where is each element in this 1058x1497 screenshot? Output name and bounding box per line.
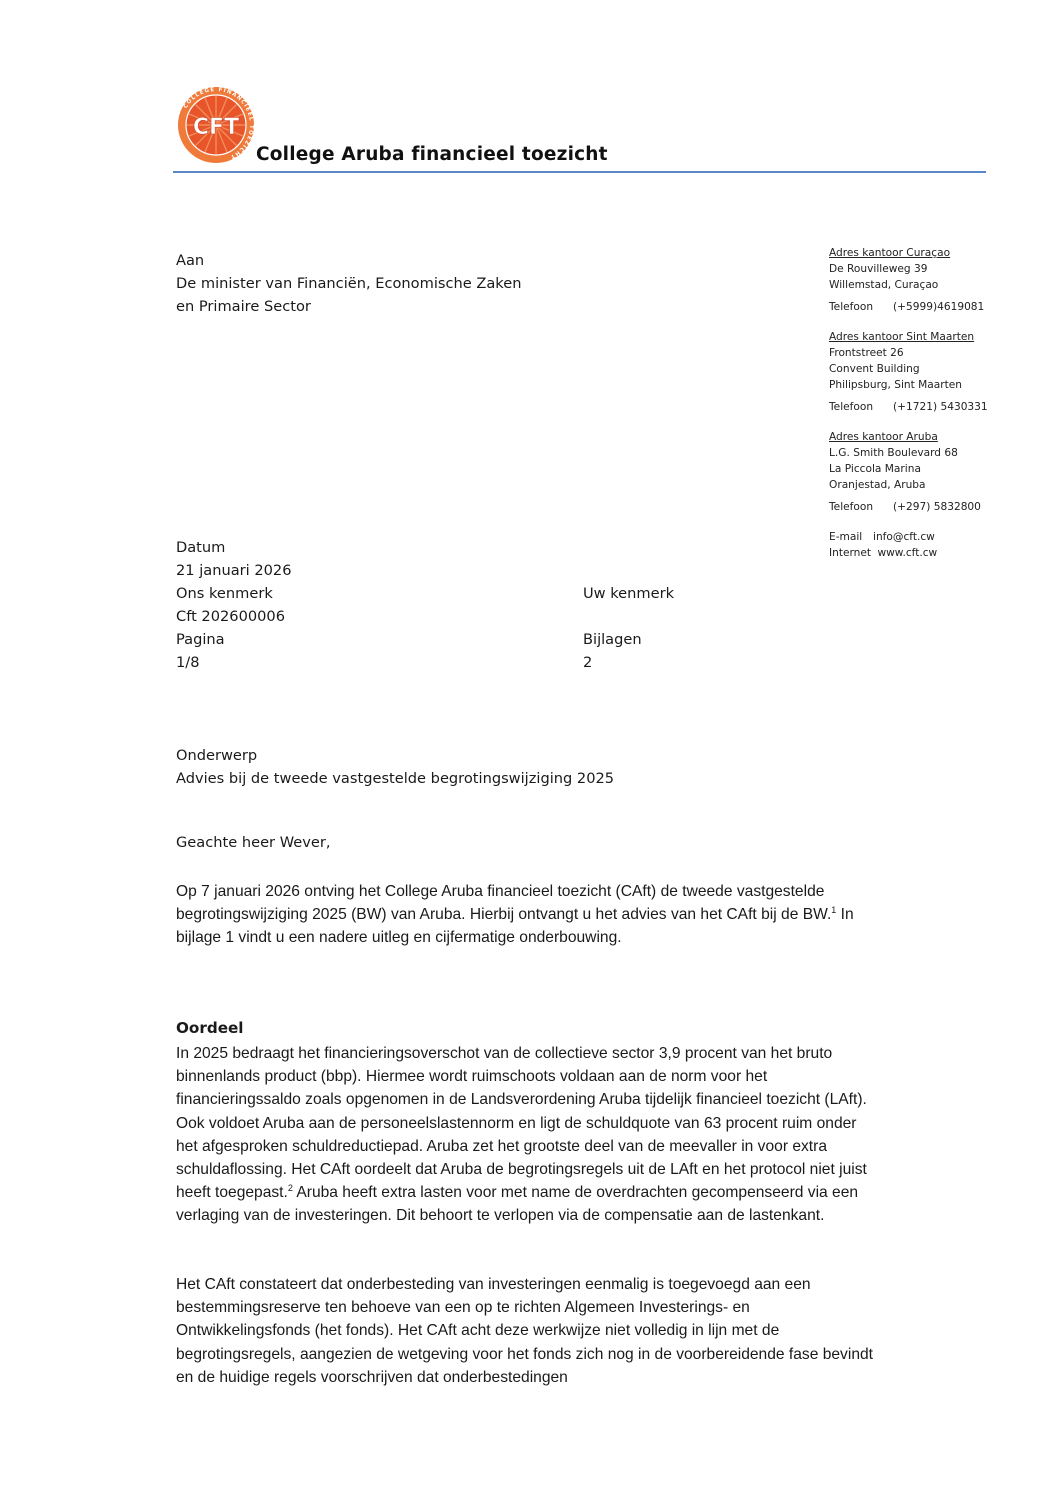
body-paragraph: Op 7 januari 2026 ontving het College Ar… bbox=[176, 880, 876, 950]
recipient-line: Aan bbox=[176, 249, 521, 272]
section-heading-oordeel: Oordeel bbox=[176, 1019, 244, 1037]
office-title: Adres kantoor Curaçao bbox=[829, 245, 988, 261]
header-divider bbox=[173, 171, 986, 173]
your-reference-value bbox=[583, 605, 674, 628]
website-link[interactable]: www.cft.cw bbox=[877, 547, 937, 559]
office-title: Adres kantoor Aruba bbox=[829, 429, 988, 445]
org-title: College Aruba financieel toezicht bbox=[256, 144, 608, 165]
subject-label: Onderwerp bbox=[176, 744, 614, 767]
recipient-block: Aan De minister van Financiën, Economisc… bbox=[176, 249, 521, 318]
office-address-line: Oranjestad, Aruba bbox=[829, 477, 988, 493]
date-label: Datum bbox=[176, 536, 291, 559]
recipient-line: De minister van Financiën, Economische Z… bbox=[176, 272, 521, 295]
office-title: Adres kantoor Sint Maarten bbox=[829, 329, 988, 345]
office-aruba: Adres kantoor Aruba L.G. Smith Boulevard… bbox=[829, 429, 988, 515]
office-address-line: Frontstreet 26 bbox=[829, 345, 988, 361]
attachments-value: 2 bbox=[583, 651, 674, 674]
phone-label: Telefoon bbox=[829, 499, 893, 515]
phone-label: Telefoon bbox=[829, 299, 893, 315]
page-label: Pagina bbox=[176, 628, 291, 651]
our-reference-label: Ons kenmerk bbox=[176, 582, 291, 605]
office-address-line: La Piccola Marina bbox=[829, 461, 988, 477]
letter-meta-left: Datum 21 januari 2026 Ons kenmerk Cft 20… bbox=[176, 536, 291, 674]
subject-block: Onderwerp Advies bij de tweede vastgeste… bbox=[176, 744, 614, 790]
office-address-line: De Rouvilleweg 39 bbox=[829, 261, 988, 277]
office-curacao: Adres kantoor Curaçao De Rouvilleweg 39 … bbox=[829, 245, 988, 315]
paragraph-text: Op 7 januari 2026 ontving het College Ar… bbox=[176, 883, 831, 923]
email-link[interactable]: info@cft.cw bbox=[873, 531, 935, 543]
internet-label: Internet bbox=[829, 547, 871, 559]
phone-label: Telefoon bbox=[829, 399, 893, 415]
contact-info: E-mailinfo@cft.cw Internet www.cft.cw bbox=[829, 529, 988, 561]
body-paragraph: In 2025 bedraagt het financieringsoversc… bbox=[176, 1042, 876, 1228]
phone-number: (+297) 5832800 bbox=[893, 501, 981, 513]
office-address-line: Willemstad, Curaçao bbox=[829, 277, 988, 293]
office-address-line: L.G. Smith Boulevard 68 bbox=[829, 445, 988, 461]
phone-number: (+1721) 5430331 bbox=[893, 401, 988, 413]
office-addresses-sidebar: Adres kantoor Curaçao De Rouvilleweg 39 … bbox=[829, 245, 988, 561]
paragraph-text: In 2025 bedraagt het financieringsoversc… bbox=[176, 1045, 867, 1201]
letter-meta-right: Uw kenmerk Bijlagen 2 bbox=[583, 582, 674, 674]
date-value: 21 januari 2026 bbox=[176, 559, 291, 582]
attachments-label: Bijlagen bbox=[583, 628, 674, 651]
our-reference-value: Cft 202600006 bbox=[176, 605, 291, 628]
svg-text:CFT: CFT bbox=[193, 115, 239, 140]
body-paragraph: Het CAft constateert dat onderbesteding … bbox=[176, 1273, 876, 1389]
salutation: Geachte heer Wever, bbox=[176, 834, 331, 851]
email-label: E-mail bbox=[829, 529, 873, 545]
phone-number: (+5999)4619081 bbox=[893, 301, 984, 313]
office-address-line: Philipsburg, Sint Maarten bbox=[829, 377, 988, 393]
cft-logo-icon: COLLEGE FINANCIEEL TOEZICHT CFT bbox=[177, 86, 255, 164]
office-address-line: Convent Building bbox=[829, 361, 988, 377]
page-value: 1/8 bbox=[176, 651, 291, 674]
office-phone: Telefoon(+297) 5832800 bbox=[829, 499, 988, 515]
recipient-line: en Primaire Sector bbox=[176, 295, 521, 318]
cft-logo: COLLEGE FINANCIEEL TOEZICHT CFT bbox=[177, 86, 255, 164]
office-sint-maarten: Adres kantoor Sint Maarten Frontstreet 2… bbox=[829, 329, 988, 415]
your-reference-label: Uw kenmerk bbox=[583, 582, 674, 605]
office-phone: Telefoon(+1721) 5430331 bbox=[829, 399, 988, 415]
office-phone: Telefoon(+5999)4619081 bbox=[829, 299, 988, 315]
subject-text: Advies bij de tweede vastgestelde begrot… bbox=[176, 767, 614, 790]
